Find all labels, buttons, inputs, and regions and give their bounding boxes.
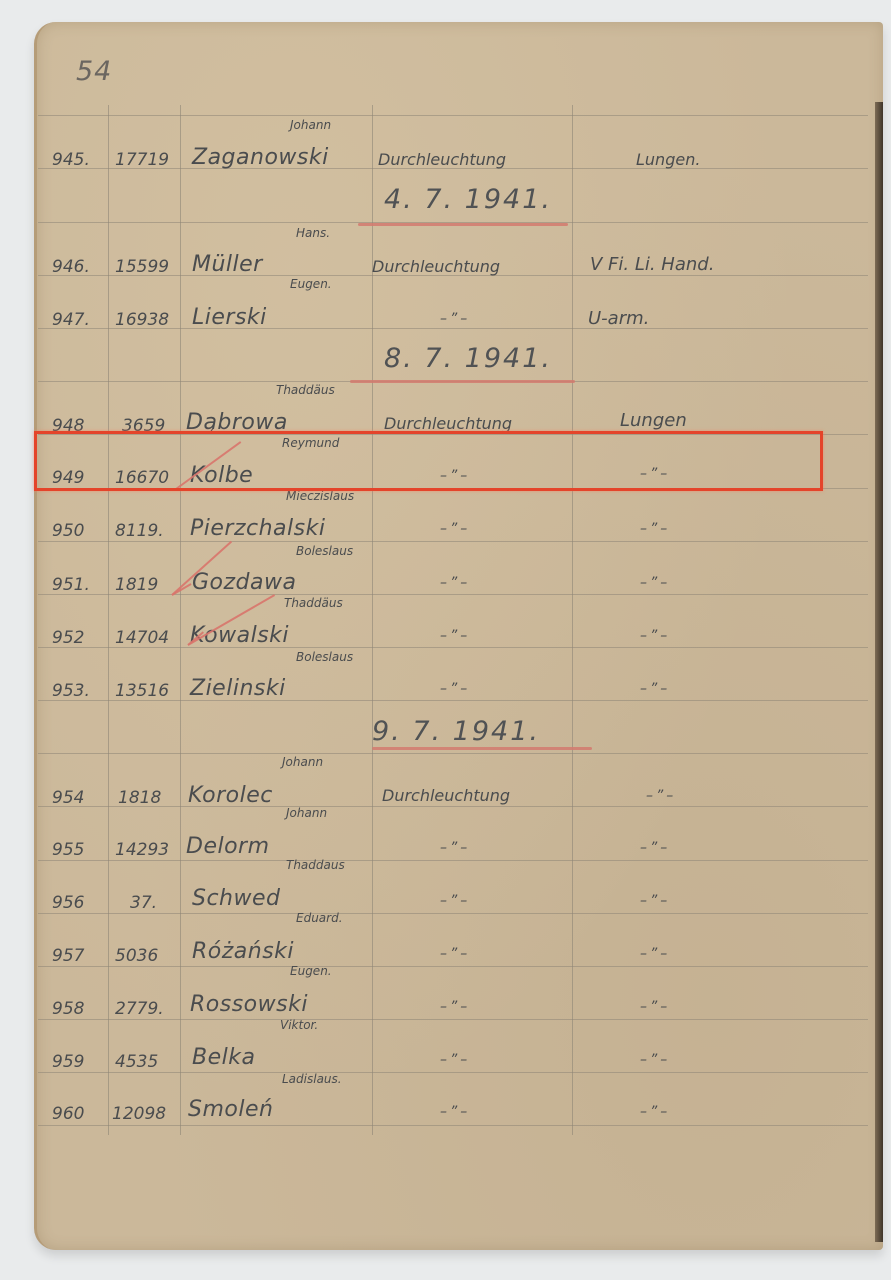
surname: Różański: [192, 939, 294, 964]
entry-number: 952: [52, 628, 84, 648]
surname: Müller: [192, 252, 263, 277]
prisoner-number: 13516: [115, 681, 169, 701]
date-underline: [350, 380, 575, 383]
row-rule: [38, 806, 868, 807]
column-divider: [180, 105, 181, 1135]
entry-number: 954: [52, 788, 84, 808]
ditto-mark: –”–: [640, 521, 670, 537]
surname: Korolec: [188, 783, 273, 808]
prisoner-number: 8119.: [115, 521, 164, 541]
ditto-mark: –”–: [440, 893, 470, 909]
exam-type: Durchleuchtung: [382, 786, 510, 805]
given-name: Viktor.: [280, 1018, 318, 1032]
prisoner-number: 1818: [118, 788, 161, 808]
prisoner-number: 1819: [115, 575, 158, 595]
ditto-mark: –”–: [640, 1104, 670, 1120]
prisoner-number: 15599: [115, 257, 169, 277]
row-rule: [38, 115, 868, 116]
prisoner-number: 4535: [115, 1052, 158, 1072]
given-name: Hans.: [296, 226, 330, 240]
given-name: Johann: [290, 118, 331, 132]
surname: Delorm: [186, 834, 270, 859]
finding: Lungen: [620, 410, 687, 431]
entry-number: 959: [52, 1052, 84, 1072]
date-underline: [372, 747, 592, 750]
given-name: Boleslaus: [296, 544, 353, 558]
given-name: Thaddäus: [276, 383, 335, 397]
entry-number: 955: [52, 840, 84, 860]
surname: Lierski: [192, 305, 267, 330]
surname: Zaganowski: [192, 145, 329, 170]
page-stack-edge: [875, 102, 883, 1242]
entry-number: 956: [52, 893, 84, 913]
surname: Belka: [192, 1045, 255, 1070]
surname: Gozdawa: [192, 570, 296, 595]
ditto-mark: –”–: [440, 999, 470, 1015]
column-divider: [108, 105, 109, 1135]
entry-number: 958: [52, 999, 84, 1019]
row-rule: [38, 594, 868, 595]
prisoner-number: 5036: [115, 946, 158, 966]
prisoner-number: 14704: [115, 628, 169, 648]
surname: Schwed: [192, 886, 281, 911]
column-divider: [572, 105, 573, 1135]
given-name: Eugen.: [290, 964, 332, 978]
ditto-mark: –”–: [440, 575, 470, 591]
prisoner-number: 37.: [130, 893, 157, 913]
row-rule: [38, 541, 868, 542]
row-rule: [38, 1125, 868, 1126]
ditto-mark: –”–: [440, 1104, 470, 1120]
entry-number: 950: [52, 521, 84, 541]
given-name: Thaddäus: [284, 596, 343, 610]
exam-type: Durchleuchtung: [372, 257, 500, 276]
ditto-mark: –”–: [440, 311, 470, 327]
row-rule: [38, 966, 868, 967]
surname: Smoleń: [188, 1097, 273, 1122]
entry-number: 951.: [52, 575, 90, 595]
surname: Zielinski: [190, 676, 286, 701]
date-header: 9. 7. 1941.: [372, 716, 540, 747]
row-rule: [38, 753, 868, 754]
ditto-mark: –”–: [640, 999, 670, 1015]
finding: U-arm.: [588, 308, 649, 329]
entry-number: 957: [52, 946, 84, 966]
row-rule: [38, 860, 868, 861]
ditto-mark: –”–: [640, 946, 670, 962]
given-name: Johann: [286, 806, 327, 820]
entry-number: 947.: [52, 310, 90, 330]
date-header: 8. 7. 1941.: [384, 343, 552, 374]
ditto-mark: –”–: [640, 1052, 670, 1068]
date-header: 4. 7. 1941.: [384, 184, 552, 215]
given-name: Mieczislaus: [286, 489, 354, 503]
given-name: Boleslaus: [296, 650, 353, 664]
entry-number: 946.: [52, 257, 90, 277]
prisoner-number: 17719: [115, 150, 169, 170]
ditto-mark: –”–: [440, 1052, 470, 1068]
ditto-mark: –”–: [440, 628, 470, 644]
given-name: Johann: [282, 755, 323, 769]
ditto-mark: –”–: [440, 840, 470, 856]
entry-number: 953.: [52, 681, 90, 701]
row-rule: [38, 1072, 868, 1073]
prisoner-number: 16938: [115, 310, 169, 330]
ditto-mark: –”–: [640, 681, 670, 697]
prisoner-number: 14293: [115, 840, 169, 860]
ditto-mark: –”–: [640, 840, 670, 856]
given-name: Eduard.: [296, 911, 343, 925]
surname: Pierzchalski: [190, 516, 325, 541]
page-number: 54: [76, 56, 112, 87]
ditto-mark: –”–: [440, 946, 470, 962]
finding: V Fi. Li. Hand.: [590, 254, 714, 275]
highlight-box-row-949: [34, 431, 823, 491]
entry-number: 960: [52, 1104, 84, 1124]
ditto-mark: –”–: [440, 681, 470, 697]
given-name: Eugen.: [290, 277, 332, 291]
exam-type: Durchleuchtung: [378, 150, 506, 169]
ditto-mark: –”–: [440, 521, 470, 537]
ditto-mark: –”–: [640, 575, 670, 591]
finding: Lungen.: [636, 150, 700, 169]
prisoner-number: 2779.: [115, 999, 164, 1019]
row-rule: [38, 1019, 868, 1020]
date-underline: [358, 223, 568, 226]
row-rule: [38, 913, 868, 914]
ditto-mark: –”–: [640, 893, 670, 909]
given-name: Ladislaus.: [282, 1072, 342, 1086]
entry-number: 945.: [52, 150, 90, 170]
prisoner-number: 12098: [112, 1104, 166, 1124]
surname: Rossowski: [190, 992, 308, 1017]
ditto-mark: –”–: [640, 628, 670, 644]
given-name: Thaddaus: [286, 858, 345, 872]
ditto-mark: –”–: [646, 788, 676, 804]
